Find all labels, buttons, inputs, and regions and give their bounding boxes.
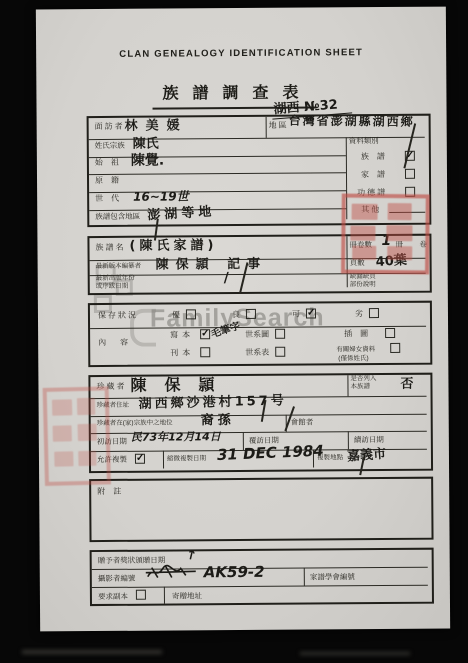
checkbox-illustrations <box>385 328 395 338</box>
copy-location-value: 嘉義市 <box>346 443 386 465</box>
included-label: 是否列入 本族譜 <box>350 375 376 390</box>
red-seal-stamp-left <box>43 386 111 486</box>
generations-label: 世代 <box>95 193 127 204</box>
condition-poor-label: 劣 <box>355 308 363 319</box>
ancestor-value: 陳覺. <box>131 150 164 170</box>
lineage-table-label: 世系表 <box>245 347 269 358</box>
seal-glyph <box>386 225 412 241</box>
sheet-title-english: CLAN GENEALOGY IDENTIFICATION SHEET <box>36 47 446 61</box>
genealogy-title-value: (陳氏家譜) <box>129 234 217 254</box>
table-line <box>163 451 164 469</box>
checkbox-jiapu <box>405 169 415 179</box>
table-line <box>89 190 346 193</box>
notes-box <box>89 477 433 542</box>
copy-location-label: 複製地點 <box>317 452 343 461</box>
surname-label: 姓氏宗族 <box>95 140 125 151</box>
checkbox-lineage-chart <box>275 329 285 339</box>
condition-label: 保存狀況 <box>98 310 138 321</box>
film-edge-smudge <box>22 650 162 654</box>
printed-label: 刊本 <box>170 347 194 358</box>
women-data-label: 有關婦女資料 <box>336 344 375 353</box>
compiler-value: 陳保頴 記事 <box>156 253 268 273</box>
signature-scribble <box>144 564 202 580</box>
condition-excellent-label: 優 <box>172 309 180 320</box>
checkbox-permit-copy: ✓ <box>135 454 145 464</box>
table-line <box>91 414 427 417</box>
ancestor-label: 始祖 <box>95 157 127 168</box>
missing-pages-label: 缺漏缺頁 部份說明 <box>350 273 376 288</box>
seal-glyph <box>54 451 73 466</box>
region-value: 台灣省澎湖縣湖西鄉 <box>289 112 415 130</box>
film-edge-smudge <box>300 652 410 655</box>
content-label: 內容 <box>98 337 142 348</box>
checkbox-lineage-table <box>275 347 285 357</box>
manuscript-label: 寫本 <box>170 329 194 340</box>
checkbox-request-copy <box>136 590 146 600</box>
region-label: 地區 <box>269 120 289 131</box>
option-jiapu-label: 家譜 <box>361 169 393 180</box>
seal-glyph <box>52 399 72 415</box>
table-line <box>266 117 267 138</box>
red-seal-stamp <box>341 194 430 275</box>
photographer-no-label: 攝影者編號 <box>98 573 136 584</box>
document-sheet: CLAN GENEALOGY IDENTIFICATION SHEET 族譜調查… <box>36 7 450 632</box>
checkbox-fair: ✓ <box>306 308 316 318</box>
publication-value: / <box>224 270 229 286</box>
notes-label: 附註 <box>97 486 129 497</box>
coverage-label: 族譜包含地區 <box>95 211 140 222</box>
first-visit-value: 民73年12月14日 <box>131 428 221 445</box>
seal-glyph <box>78 451 96 466</box>
hall-label: 會館者 <box>291 417 314 428</box>
microfilm-date-label: 縮微複製日期 <box>167 453 206 462</box>
interviewer-value: 林美媛 <box>125 114 188 133</box>
interviewer-label: 面訪者 <box>95 121 125 132</box>
table-line <box>89 172 346 175</box>
option-zupu-label: 族譜 <box>361 151 393 162</box>
table-line <box>89 155 346 158</box>
request-copy-label: 要求副本 <box>98 591 128 602</box>
seal-glyph <box>77 398 95 415</box>
seal-glyph <box>352 204 378 220</box>
table-line <box>304 568 305 586</box>
position-value: 裔孫 <box>201 409 235 428</box>
women-data-sub-label: (僅係姓氏) <box>338 353 368 362</box>
send-address-label: 寄贈地址 <box>172 590 202 601</box>
compiler-label: 最新版本編纂者 <box>96 261 142 270</box>
condition-fair-label: 可 <box>292 309 300 320</box>
checkbox-excellent <box>186 309 196 319</box>
origin-label: 原籍 <box>95 175 127 186</box>
included-value: 否 <box>400 373 413 392</box>
genealogy-title-label: 族譜名 <box>95 242 125 253</box>
photo-frame: CLAN GENEALOGY IDENTIFICATION SHEET 族譜調查… <box>0 0 468 663</box>
seal-glyph <box>387 246 412 260</box>
checkbox-poor <box>369 308 379 318</box>
seal-glyph <box>350 226 375 241</box>
checkbox-good <box>246 309 256 319</box>
table-line <box>347 375 348 396</box>
checkbox-women-data <box>390 343 400 353</box>
lineage-chart-label: 世系圖 <box>245 329 269 340</box>
table-line <box>92 585 428 588</box>
seal-glyph <box>78 424 97 441</box>
data-class-header: 資料類別 <box>349 135 379 146</box>
seal-glyph <box>352 246 376 260</box>
illustrations-label: 插圖 <box>344 328 376 339</box>
table-line <box>164 587 165 604</box>
photographer-no-value: AK59-2 <box>204 563 265 581</box>
checkbox-printed <box>200 347 210 357</box>
seal-glyph <box>388 203 412 220</box>
seal-glyph <box>53 425 72 441</box>
checkbox-manuscript: ✓ <box>200 329 210 339</box>
society-no-label: 家譜學會編號 <box>310 571 355 582</box>
publication-label: 最新出版年份 或序跋日期 <box>96 275 135 290</box>
